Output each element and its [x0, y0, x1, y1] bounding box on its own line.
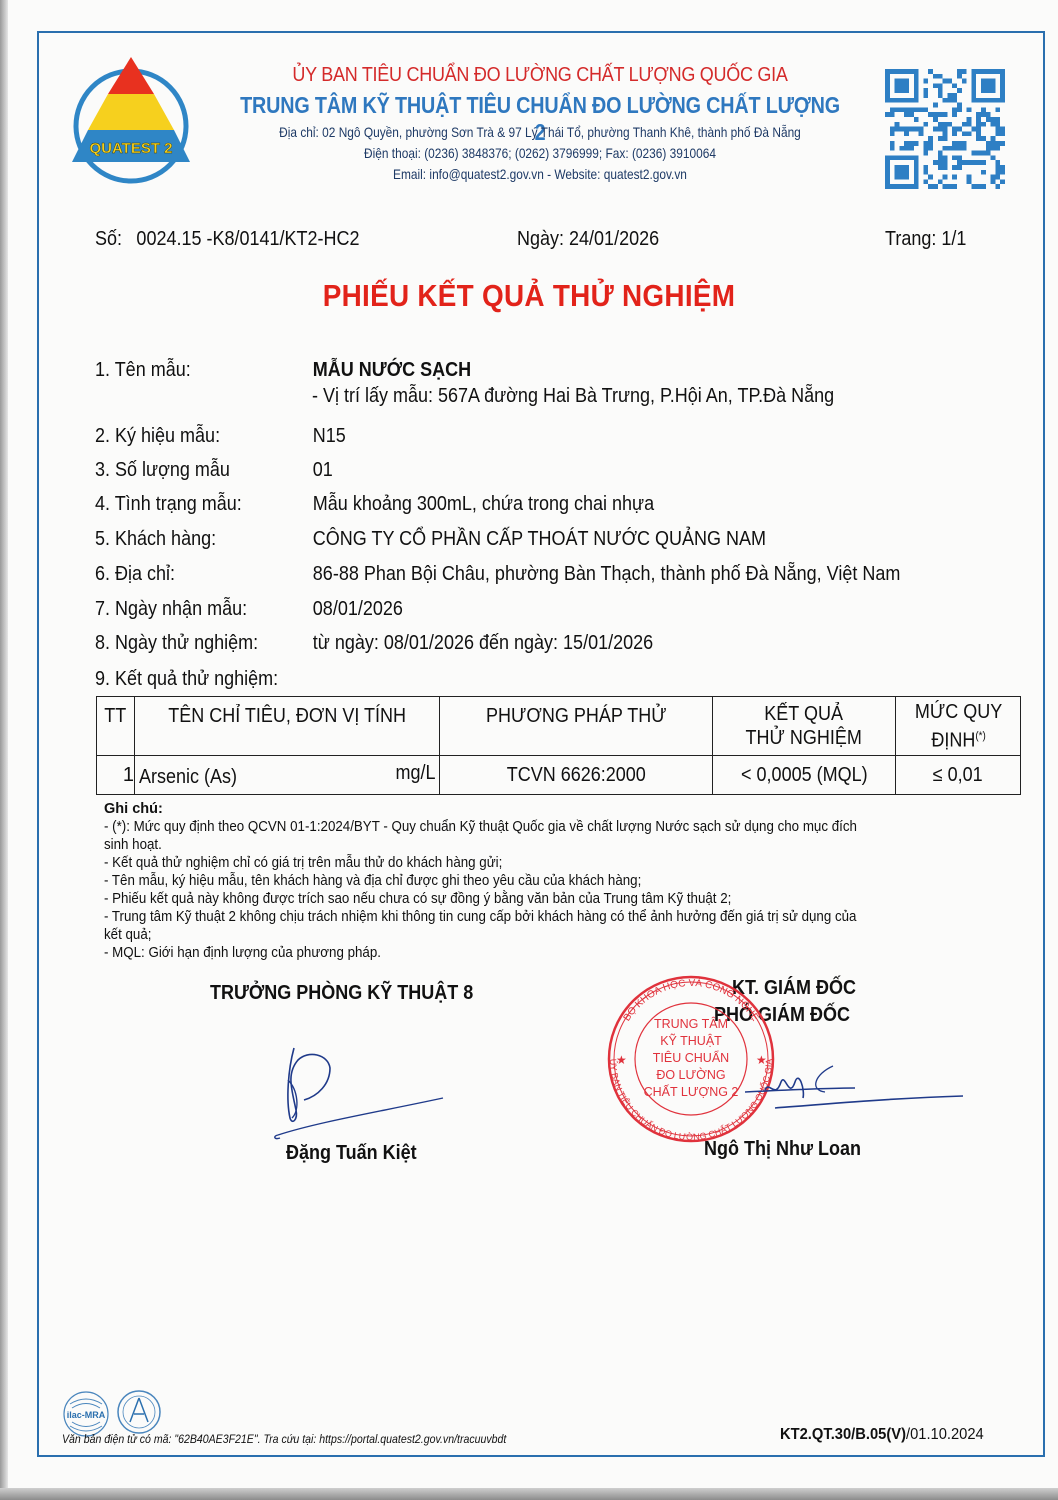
header-name: TÊN CHỈ TIÊU, ĐƠN VỊ TÍNH — [134, 697, 439, 756]
qr-code-icon[interactable] — [885, 68, 1005, 190]
svg-text:TIÊU CHUẨN: TIÊU CHUẨN — [653, 1050, 729, 1065]
signer-right-name: Ngô Thị Như Loan — [704, 1138, 861, 1161]
note-line: - MQL: Giới hạn định lượng của phương ph… — [104, 944, 1001, 962]
note-line: - Phiếu kết quả này không được trích sao… — [104, 890, 1001, 908]
info-sample-qty: 3. Số lượng mẫu01 — [95, 459, 333, 482]
scan-edge — [0, 1488, 1058, 1500]
cell-limit: ≤ 0,01 — [896, 756, 1021, 795]
svg-text:QUATEST 2: QUATEST 2 — [89, 140, 172, 157]
svg-text:TRUNG TÂM: TRUNG TÂM — [654, 1016, 728, 1031]
info-sample-location: - Vị trí lấy mẫu: 567A đường Hai Bà Trưn… — [312, 385, 834, 408]
info-sample-state: 4. Tình trạng mẫu:Mẫu khoảng 300mL, chứa… — [95, 493, 654, 516]
notes-title: Ghi chú: — [104, 800, 1004, 818]
signer-left-title: TRƯỞNG PHÒNG KỸ THUẬT 8 — [210, 982, 473, 1005]
note-line: sinh hoạt. — [104, 836, 1001, 854]
results-table: TT TÊN CHỈ TIÊU, ĐƠN VỊ TÍNH PHƯƠNG PHÁP… — [96, 696, 1021, 795]
notes-section: Ghi chú: - (*): Mức quy định theo QCVN 0… — [104, 800, 1004, 962]
note-line: kết quả; — [104, 926, 1001, 944]
header-method: PHƯƠNG PHÁP THỬ — [440, 697, 712, 756]
note-line: - Tên mẫu, ký hiệu mẫu, tên khách hàng v… — [104, 872, 1001, 890]
note-line: - Trung tâm Kỹ thuật 2 không chịu trách … — [104, 908, 1001, 926]
document-date: Ngày: 24/01/2026 — [517, 228, 659, 251]
scan-edge — [0, 0, 8, 1500]
svg-text:KỸ THUẬT: KỸ THUẬT — [660, 1033, 722, 1048]
org-phone: Điện thoại: (0236) 3848376; (0262) 37969… — [251, 145, 829, 161]
header-limit: MỨC QUYĐỊNH(*) — [896, 697, 1021, 756]
document-number-label: Số: — [95, 228, 122, 250]
cell-unit: mg/L — [395, 762, 435, 785]
org-parent: ỦY BAN TIÊU CHUẨN ĐO LƯỜNG CHẤT LƯỢNG QU… — [234, 64, 846, 87]
org-email: Email: info@quatest2.gov.vn - Website: q… — [251, 166, 829, 182]
signature-right-icon — [745, 1060, 965, 1120]
table-header-row: TT TÊN CHỈ TIÊU, ĐƠN VỊ TÍNH PHƯƠNG PHÁP… — [97, 697, 1021, 756]
info-sample-name: 1. Tên mẫu:MẪU NƯỚC SẠCH — [95, 359, 471, 382]
svg-text:★: ★ — [616, 1053, 627, 1067]
quatest-logo-icon: QUATEST 2 — [66, 52, 196, 187]
svg-text:ilac-MRA: ilac-MRA — [67, 1410, 106, 1420]
info-customer: 5. Khách hàng:CÔNG TY CỔ PHẦN CẤP THOÁT … — [95, 528, 766, 551]
svg-text:ĐO LƯỜNG: ĐO LƯỜNG — [656, 1067, 725, 1082]
header-result: KẾT QUẢTHỬ NGHIỆM — [712, 697, 896, 756]
info-address: 6. Địa chỉ:86-88 Phan Bội Châu, phường B… — [95, 563, 900, 586]
info-results-label: 9. Kết quả thử nghiệm: — [95, 668, 278, 691]
header-tt: TT — [97, 697, 135, 756]
info-test-dates: 8. Ngày thử nghiệm:từ ngày: 08/01/2026 đ… — [95, 632, 653, 655]
cell-name: Arsenic (As) mg/L — [134, 756, 439, 795]
note-line: - Kết quả thử nghiệm chỉ có giá trị trên… — [104, 854, 1001, 872]
cell-tt: 1 — [97, 756, 135, 795]
svg-text:CHẤT LƯỢNG 2: CHẤT LƯỢNG 2 — [644, 1084, 739, 1099]
table-row: 1 Arsenic (As) mg/L TCVN 6626:2000 < 0,0… — [97, 756, 1021, 795]
cell-result: < 0,0005 (MQL) — [712, 756, 896, 795]
document-number: Số:0024.15 -K8/0141/KT2-HC2 — [95, 228, 360, 251]
page-indicator: Trang: 1/1 — [885, 228, 966, 251]
cell-method: TCVN 6626:2000 — [440, 756, 712, 795]
org-address: Địa chỉ: 02 Ngô Quyền, phường Sơn Trà & … — [251, 124, 829, 140]
page-title: PHIẾU KẾT QUẢ THỬ NGHIỆM — [53, 278, 1005, 314]
signature-left-icon — [258, 1040, 448, 1140]
form-code: KT2.QT.30/B.05(V)/01.10.2024 — [780, 1426, 984, 1444]
signer-left-name: Đặng Tuấn Kiệt — [286, 1142, 417, 1165]
e-document-notice: Văn bản điện tử có mã: "62B40AE3F21E". T… — [62, 1432, 506, 1446]
note-line: - (*): Mức quy định theo QCVN 01-1:2024/… — [104, 818, 1001, 836]
document-number-value: 0024.15 -K8/0141/KT2-HC2 — [136, 228, 359, 250]
info-received-date: 7. Ngày nhận mẫu:08/01/2026 — [95, 598, 403, 621]
info-sample-code: 2. Ký hiệu mẫu:N15 — [95, 425, 346, 448]
